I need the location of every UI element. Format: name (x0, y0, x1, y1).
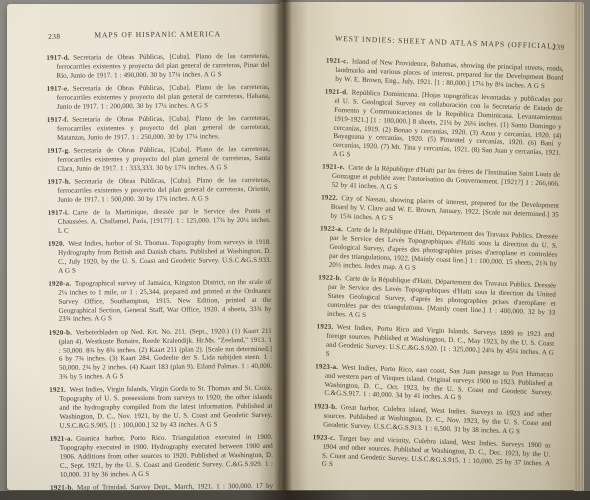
catalog-entry: 1922-b. Carte de la République d'Haïti. … (317, 274, 556, 327)
catalog-entry: 1920-b. Verbeterbladen op Ned. Krt. No. … (49, 327, 272, 382)
table-surface-shadow (0, 491, 590, 500)
entry-number: 1923-a. (315, 362, 338, 371)
entry-number: 1917-i. (48, 209, 70, 217)
entry-number: 1917-f. (47, 116, 69, 124)
entry-number: 1921-c. (326, 57, 349, 66)
entry-number: 1921. (49, 386, 66, 394)
catalog-entry: 1920-a. Topographical survey of Jamaica,… (48, 278, 271, 324)
left-page-header: 238 MAPS OF HISPANIC AMERICA (46, 29, 269, 43)
catalog-entry: 1917-g. Secretaría de Obras Públicas, [C… (47, 145, 270, 174)
catalog-entry: 1917-d. Secretaría de Obras Públicas, [C… (46, 52, 269, 81)
catalog-entry: 1922. City of Nassau, showing places of … (320, 194, 559, 229)
catalog-entry: 1921-a. Guanica harbor, Porto Rico. Tria… (50, 433, 273, 479)
right-page: WEST INDIES: SHEET AND ATLAS MAPS (OFFIC… (280, 2, 576, 490)
catalog-entry: 1923-a. West Indies, Porto Rico, east co… (314, 362, 553, 406)
entry-number: 1917-h. (47, 178, 70, 186)
right-page-entries: 1921-c. Island of New Providence, Bahama… (312, 57, 564, 477)
right-page-content: WEST INDIES: SHEET AND ATLAS MAPS (OFFIC… (263, 0, 576, 496)
left-page-content: 238 MAPS OF HISPANIC AMERICA 1917-d. Sec… (5, 3, 282, 491)
entry-number: 1920-a. (48, 280, 71, 288)
left-page: 238 MAPS OF HISPANIC AMERICA 1917-d. Sec… (7, 4, 280, 490)
catalog-entry: 1921-e. Carte de la République d'Haïti p… (321, 163, 560, 198)
left-running-header: MAPS OF HISPANIC AMERICA (46, 29, 269, 40)
catalog-entry: 1917-h. Secretaría de Obras Públicas, [C… (47, 176, 270, 205)
catalog-entry: 1917-i. Carte de la Martinique, dressée … (48, 207, 271, 236)
entry-number: 1922. (321, 194, 338, 203)
catalog-entry: 1921-c. Island of New Providence, Bahama… (325, 57, 564, 92)
right-running-header: WEST INDIES: SHEET AND ATLAS MAPS (OFFIC… (327, 34, 565, 51)
catalog-entry: 1917-f. Secretaría de Obras Públicas, [C… (47, 114, 270, 143)
open-book-photo: 238 MAPS OF HISPANIC AMERICA 1917-d. Sec… (0, 0, 590, 500)
entry-number: 1917-d. (46, 54, 69, 62)
entry-number: 1917-e. (47, 85, 70, 93)
catalog-entry: 1923-b. Great harbor, Culebra island, We… (313, 402, 552, 437)
catalog-entry: 1923-c. Target bay and vicinity, Culebra… (312, 433, 551, 477)
right-page-number: 239 (552, 42, 565, 51)
entry-number: 1923-c. (313, 433, 336, 442)
entry-number: 1921-d. (325, 88, 349, 97)
catalog-entry: 1921. West Indies, Virgin Islands, Virgi… (49, 384, 272, 430)
catalog-entry: 1917-e. Secretaría de Obras Públicas, [C… (47, 83, 270, 112)
catalog-entry: 1922-a. Carte de la République d'Haïti, … (319, 225, 558, 278)
entry-number: 1920-b. (49, 328, 72, 336)
entry-number: 1917-g. (47, 147, 70, 155)
left-page-entries: 1917-d. Secretaría de Obras Públicas, [C… (46, 52, 273, 500)
entry-number: 1921-a. (50, 435, 73, 443)
entry-number: 1922-a. (320, 225, 343, 234)
entry-number: 1923-b. (314, 402, 338, 411)
entry-number: 1922-b. (318, 274, 342, 283)
entry-number: 1920. (48, 240, 65, 248)
entry-number: 1921-e. (322, 163, 345, 172)
catalog-entry: 1921-d. República Dominicana. [Hojas top… (322, 88, 562, 167)
catalog-entry: 1920. West Indies, harbor of St. Thomas.… (48, 238, 271, 275)
catalog-entry: 1923. West Indies, Porto Rico and Virgin… (316, 322, 555, 366)
page-edge-stack (574, 2, 584, 492)
entry-number: 1923. (316, 322, 333, 331)
right-page-header: WEST INDIES: SHEET AND ATLAS MAPS (OFFIC… (326, 34, 564, 54)
